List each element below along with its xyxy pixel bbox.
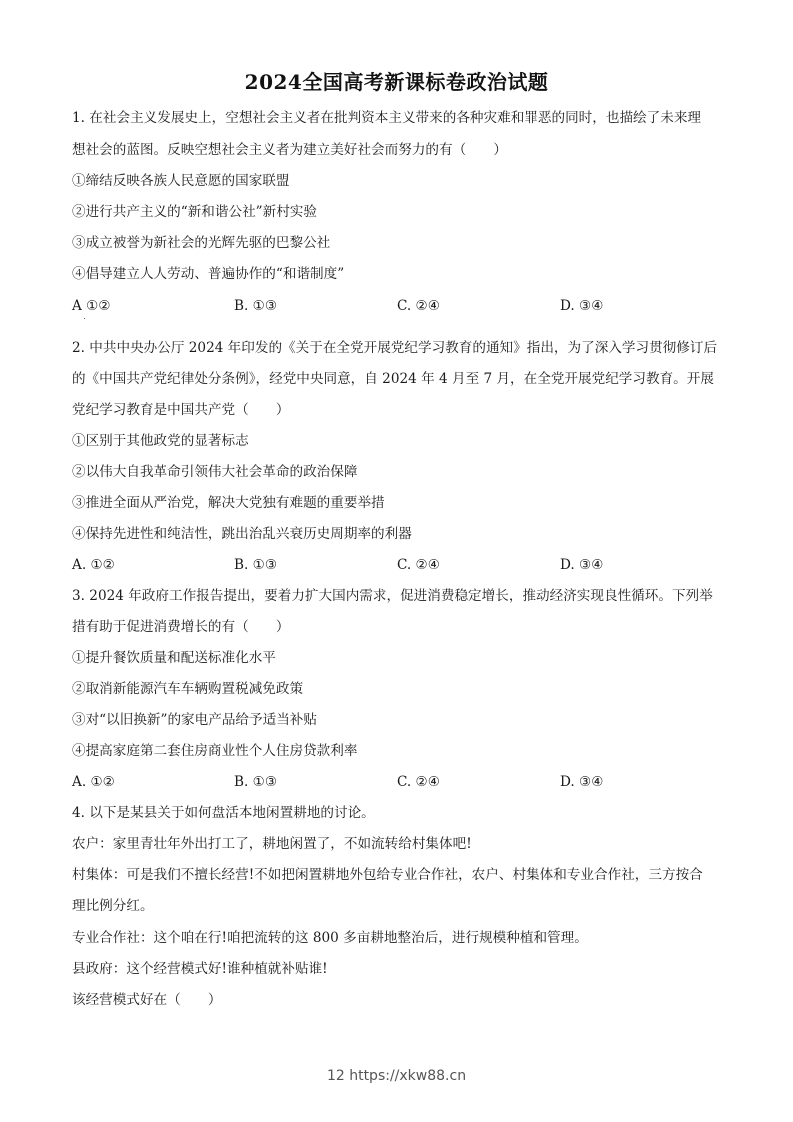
question-4-dialogue-cooperative: 专业合作社：这个咱在行!咱把流转的这 800 多亩耕地整治后，进行规模种植和管理… (72, 928, 732, 948)
question-3-choice-b: B. ①③ (234, 772, 277, 792)
question-2-statement-4: ④保持先进性和纯洁性，跳出治乱兴衰历史周期率的利器 (72, 524, 732, 544)
question-1-choice-c: C. ②④ (397, 296, 440, 316)
question-3-statement-4: ④提高家庭第二套住房商业性个人住房贷款利率 (72, 741, 732, 761)
question-3-stem-line-2: 措有助于促进消费增长的有（ ） (72, 617, 732, 637)
question-3-choice-d: D. ③④ (560, 772, 603, 792)
question-4-dialogue-village-collective-cont: 理比例分红。 (72, 896, 732, 916)
question-2-choice-b: B. ①③ (234, 555, 277, 575)
question-3-choices: A. ①② B. ①③ C. ②④ D. ③④ (72, 772, 732, 792)
question-2-stem-line-3: 党纪学习教育是中国共产党（ ） (72, 400, 732, 420)
question-3-choice-c: C. ②④ (397, 772, 440, 792)
question-1-statement-4: ④倡导建立人人劳动、普遍协作的“和谐制度” (72, 264, 732, 284)
question-2-statement-2: ②以伟大自我革命引领伟大社会革命的政治保障 (72, 462, 732, 482)
question-1-choice-b: B. ①③ (234, 296, 277, 316)
question-1-choice-d: D. ③④ (560, 296, 603, 316)
question-4-dialogue-farmer: 农户：家里青壮年外出打工了，耕地闲置了，不如流转给村集体吧! (72, 834, 732, 854)
question-3-choice-a: A. ①② (72, 772, 115, 792)
question-4-stem-line-1: 4. 以下是某县关于如何盘活本地闲置耕地的讨论。 (72, 803, 732, 823)
question-1-stem-line-1: 1. 在社会主义发展史上，空想社会主义者在批判资本主义带来的各种灾难和罪恶的同时… (72, 108, 732, 128)
page-title: 2024全国高考新课标卷政治试题 (0, 66, 793, 95)
question-1-choices: A ①② B. ①③ C. ②④ D. ③④ (72, 296, 732, 316)
question-1-statement-2: ②进行共产主义的“新和谐公社”新村实验 (72, 202, 732, 222)
page-footer: 12 https://xkw88.cn (0, 1068, 793, 1084)
question-3-stem-line-1: 3. 2024 年政府工作报告提出，要着力扩大国内需求，促进消费稳定增长，推动经… (72, 586, 732, 606)
stray-dot-mark (84, 318, 85, 319)
question-4-prompt: 该经营模式好在（ ） (72, 990, 732, 1010)
question-2-statement-3: ③推进全面从严治党，解决大党独有难题的重要举措 (72, 493, 732, 513)
question-4-dialogue-county-government: 县政府：这个经营模式好!谁种植就补贴谁! (72, 959, 732, 979)
question-2-choices: A. ①② B. ①③ C. ②④ D. ③④ (72, 555, 732, 575)
question-4-dialogue-village-collective: 村集体：可是我们不擅长经营!不如把闲置耕地外包给专业合作社，农户、村集体和专业合… (72, 865, 732, 885)
exam-page: 2024全国高考新课标卷政治试题 1. 在社会主义发展史上，空想社会主义者在批判… (0, 0, 793, 1122)
question-3-statement-3: ③对“以旧换新”的家电产品给予适当补贴 (72, 710, 732, 730)
question-2-choice-a: A. ①② (72, 555, 115, 575)
question-2-stem-line-1: 2. 中共中央办公厅 2024 年印发的《关于在全党开展党纪学习教育的通知》指出… (72, 338, 732, 358)
question-2-choice-d: D. ③④ (560, 555, 603, 575)
question-3-statement-2: ②取消新能源汽车车辆购置税减免政策 (72, 679, 732, 699)
question-1-stem-line-2: 想社会的蓝图。反映空想社会主义者为建立美好社会而努力的有（ ） (72, 140, 732, 160)
question-2-statement-1: ①区别于其他政党的显著标志 (72, 431, 732, 451)
question-1-statement-3: ③成立被誉为新社会的光辉先驱的巴黎公社 (72, 233, 732, 253)
question-3-statement-1: ①提升餐饮质量和配送标准化水平 (72, 648, 732, 668)
question-1-statement-1: ①缔结反映各族人民意愿的国家联盟 (72, 171, 732, 191)
question-1-choice-a: A ①② (72, 296, 111, 316)
question-2-choice-c: C. ②④ (397, 555, 440, 575)
question-2-stem-line-2: 的《中国共产党纪律处分条例》，经党中央同意，自 2024 年 4 月至 7 月，… (72, 369, 732, 389)
